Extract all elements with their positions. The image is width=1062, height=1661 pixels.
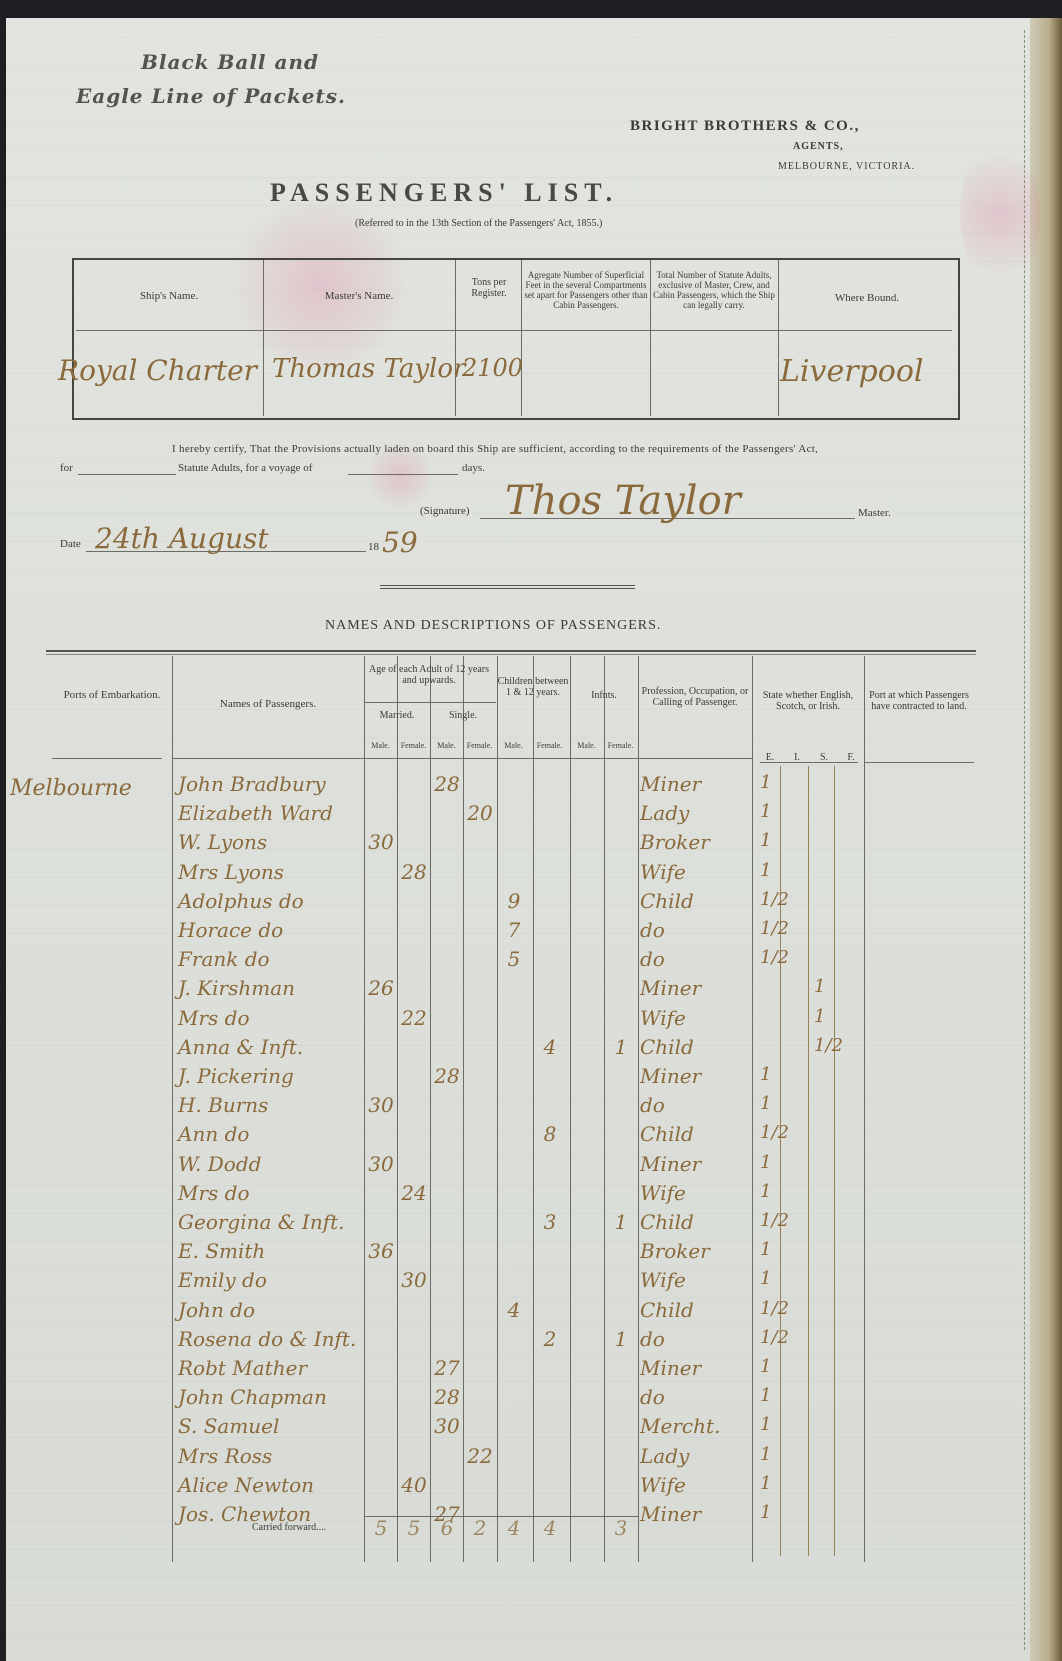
profession-value: Miner	[640, 1502, 701, 1526]
profession-value: Wife	[640, 1268, 686, 1292]
age-value: 30	[364, 830, 398, 854]
age-value: 3	[533, 1210, 567, 1234]
age-value: 28	[430, 1385, 464, 1409]
names-header: Names of Passengers.	[172, 698, 364, 711]
carried-forward-label: Carried forward....	[252, 1522, 326, 1533]
nationality-subheader-s: S.	[812, 752, 836, 763]
nationality-header: State whether English, Scotch, or Irish.	[752, 690, 864, 712]
passenger-name: J. Pickering	[178, 1064, 294, 1088]
profession-value: do	[640, 1327, 665, 1351]
age-adult-header: Age of each Adult of 12 years and upward…	[364, 664, 494, 686]
nationality-value: 1/2	[814, 1035, 843, 1056]
passenger-name: Georgina & Inft.	[178, 1210, 345, 1234]
age-value: 2	[533, 1327, 567, 1351]
profession-value: Miner	[640, 1356, 701, 1380]
nationality-value: 1	[760, 801, 771, 822]
carried-forward-value: 3	[604, 1516, 638, 1540]
nationality-value: 1/2	[760, 1327, 789, 1348]
master-label: Master.	[858, 507, 891, 519]
nationality-value: 1	[760, 1064, 771, 1085]
profession-value: Miner	[640, 1152, 701, 1176]
voyage-days-field	[348, 474, 458, 475]
nationality-value: 1/2	[760, 1122, 789, 1143]
nationality-subheader-i: I.	[785, 752, 809, 763]
statute-adults-label: Statute Adults, for a voyage of	[178, 462, 312, 474]
statute-adults-field	[78, 474, 176, 475]
age-value: 22	[463, 1444, 497, 1468]
female-subheader: Female.	[533, 741, 566, 750]
nationality-value: 1	[760, 1239, 771, 1260]
nationality-value: 1	[760, 1473, 771, 1494]
female-subheader: Female.	[463, 741, 496, 750]
profession-value: Broker	[640, 830, 710, 854]
single-header: Single.	[430, 710, 496, 721]
passenger-name: Adolphus do	[178, 889, 304, 913]
passenger-name: W. Lyons	[178, 830, 267, 854]
profession-value: Mercht.	[640, 1414, 720, 1438]
male-subheader: Male.	[497, 741, 530, 750]
female-subheader: Female.	[397, 741, 430, 750]
profession-value: Child	[640, 889, 694, 913]
profession-value: Wife	[640, 1181, 686, 1205]
passenger-name: Rosena do & Inft.	[178, 1327, 356, 1351]
infants-header: Infnts.	[570, 690, 638, 701]
agent-name: BRIGHT BROTHERS & CO.,	[630, 118, 860, 135]
nationality-subheader-f: F.	[839, 752, 863, 763]
year-value: 59	[382, 526, 418, 559]
age-value: 28	[397, 860, 431, 884]
carried-forward-value: 5	[364, 1516, 398, 1540]
profession-value: Child	[640, 1035, 694, 1059]
port-of-embarkation-value: Melbourne	[10, 776, 132, 801]
age-value: 36	[364, 1239, 398, 1263]
master-name-value: Thomas Taylor	[272, 354, 465, 384]
nationality-value: 1/2	[760, 1210, 789, 1231]
male-subheader: Male.	[364, 741, 397, 750]
age-value: 28	[430, 1064, 464, 1088]
nationality-value: 1	[760, 1502, 771, 1523]
passenger-name: Horace do	[178, 918, 283, 942]
page-title: PASSENGERS' LIST.	[270, 178, 618, 208]
passenger-name: Mrs Ross	[178, 1444, 272, 1468]
passenger-name: W. Dodd	[178, 1152, 261, 1176]
age-value: 30	[364, 1093, 398, 1117]
passenger-name: E. Smith	[178, 1239, 265, 1263]
nationality-value: 1	[814, 976, 825, 997]
female-subheader: Female.	[604, 741, 637, 750]
profession-value: Child	[640, 1298, 694, 1322]
passenger-name: John Chapman	[178, 1385, 327, 1409]
age-value: 20	[463, 801, 497, 825]
age-value: 28	[430, 772, 464, 796]
married-header: Married.	[364, 710, 430, 721]
nationality-value: 1	[760, 1181, 771, 1202]
age-value: 7	[497, 918, 531, 942]
profession-value: Wife	[640, 860, 686, 884]
passenger-name: Alice Newton	[178, 1473, 314, 1497]
carried-forward-value: 6	[430, 1516, 464, 1540]
days-label: days.	[462, 462, 485, 474]
profession-value: do	[640, 947, 665, 971]
nationality-value: 1	[760, 1152, 771, 1173]
profession-value: Lady	[640, 1444, 689, 1468]
nationality-value: 1	[760, 1093, 771, 1114]
passenger-name: Ann do	[178, 1122, 249, 1146]
letterhead-line1: Black Ball and	[110, 50, 350, 74]
age-value: 27	[430, 1356, 464, 1380]
master-name-header: Master's Name.	[264, 290, 454, 303]
nationality-value: 1	[760, 860, 771, 881]
carried-forward-value: 2	[463, 1516, 497, 1540]
nationality-subheader-e: E.	[758, 752, 782, 763]
certification-text: I hereby certify, That the Provisions ac…	[172, 443, 818, 455]
year-prefix: 18	[368, 541, 379, 553]
age-value: 40	[397, 1473, 431, 1497]
age-value: 22	[397, 1006, 431, 1030]
passenger-name: John do	[178, 1298, 255, 1322]
passenger-name: J. Kirshman	[178, 976, 295, 1000]
male-subheader: Male.	[430, 741, 463, 750]
age-value: 1	[604, 1327, 638, 1351]
children-header: Children between 1 & 12 years.	[497, 676, 569, 698]
profession-value: Miner	[640, 772, 701, 796]
passenger-name: S. Samuel	[178, 1414, 279, 1438]
passengers-section-title: NAMES AND DESCRIPTIONS OF PASSENGERS.	[325, 618, 661, 634]
profession-value: Child	[640, 1122, 694, 1146]
profession-value: Lady	[640, 801, 689, 825]
nationality-value: 1	[760, 1356, 771, 1377]
passenger-name: Frank do	[178, 947, 270, 971]
nationality-value: 1	[760, 830, 771, 851]
agent-location: MELBOURNE, VICTORIA.	[778, 161, 915, 172]
date-value: 24th August	[95, 522, 269, 555]
profession-value: Child	[640, 1210, 694, 1234]
nationality-value: 1	[814, 1006, 825, 1027]
where-bound-header: Where Bound.	[780, 292, 954, 305]
tons-value: 2100	[462, 354, 523, 382]
ship-name-header: Ship's Name.	[74, 290, 264, 303]
profession-value: do	[640, 1385, 665, 1409]
nationality-value: 1/2	[760, 1298, 789, 1319]
where-bound-value: Liverpool	[780, 354, 923, 389]
age-value: 8	[533, 1122, 567, 1146]
signature-label: (Signature)	[420, 505, 469, 517]
age-value: 9	[497, 889, 531, 913]
carried-forward-value: 4	[497, 1516, 531, 1540]
nationality-value: 1/2	[760, 889, 789, 910]
profession-header: Profession, Occupation, or Calling of Pa…	[638, 686, 752, 708]
age-value: 30	[397, 1268, 431, 1292]
signature-value: Thos Taylor	[505, 478, 741, 524]
profession-value: Wife	[640, 1006, 686, 1030]
age-value: 24	[397, 1181, 431, 1205]
tons-header: Tons per Register.	[460, 277, 518, 299]
passenger-name: Robt Mather	[178, 1356, 307, 1380]
nationality-value: 1	[760, 1414, 771, 1435]
age-value: 30	[364, 1152, 398, 1176]
passenger-name: Anna & Inft.	[178, 1035, 303, 1059]
profession-value: do	[640, 1093, 665, 1117]
passenger-name: Emily do	[178, 1268, 267, 1292]
age-value: 4	[533, 1035, 567, 1059]
nationality-value: 1/2	[760, 947, 789, 968]
profession-value: Miner	[640, 976, 701, 1000]
passenger-name: Mrs do	[178, 1181, 250, 1205]
page-edge	[1030, 18, 1062, 1661]
date-label: Date	[60, 538, 81, 550]
statute-adults-header: Total Number of Statute Adults, exclusiv…	[652, 270, 776, 310]
nationality-value: 1	[760, 1385, 771, 1406]
carried-forward-value: 4	[533, 1516, 567, 1540]
page-subtitle: (Referred to in the 13th Section of the …	[355, 218, 602, 229]
agent-role: AGENTS,	[793, 141, 844, 152]
passenger-name: Mrs Lyons	[178, 860, 284, 884]
passenger-name: John Bradbury	[178, 772, 326, 796]
profession-value: Miner	[640, 1064, 701, 1088]
age-value: 26	[364, 976, 398, 1000]
passenger-name: Elizabeth Ward	[178, 801, 333, 825]
age-value: 5	[497, 947, 531, 971]
ink-stamp	[960, 140, 1040, 290]
age-value: 4	[497, 1298, 531, 1322]
passenger-name: H. Burns	[178, 1093, 268, 1117]
male-subheader: Male.	[570, 741, 603, 750]
ship-name-value: Royal Charter	[58, 354, 257, 387]
nationality-value: 1	[760, 1268, 771, 1289]
ports-header: Ports of Embarkation.	[52, 683, 172, 707]
passenger-name: Mrs do	[178, 1006, 250, 1030]
age-value: 30	[430, 1414, 464, 1438]
age-value: 1	[604, 1210, 638, 1234]
port-land-header: Port at which Passengers have contracted…	[864, 690, 974, 712]
profession-value: Broker	[640, 1239, 710, 1263]
profession-value: Wife	[640, 1473, 686, 1497]
for-label: for	[60, 462, 73, 474]
carried-forward-value: 5	[397, 1516, 431, 1540]
nationality-value: 1/2	[760, 918, 789, 939]
profession-value: do	[640, 918, 665, 942]
age-value: 1	[604, 1035, 638, 1059]
nationality-value: 1	[760, 1444, 771, 1465]
nationality-value: 1	[760, 772, 771, 793]
superficial-feet-header: Agregate Number of Superficial Feet in t…	[524, 270, 648, 310]
letterhead-line2: Eagle Line of Packets.	[66, 84, 356, 108]
